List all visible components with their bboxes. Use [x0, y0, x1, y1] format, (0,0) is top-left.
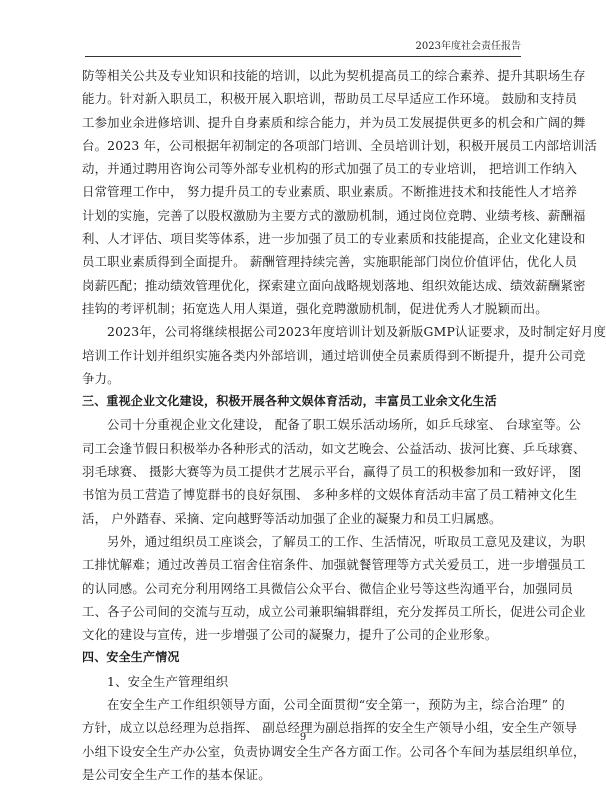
text-line: 在安全生产工作组织领导方面，公司全面贯彻“安全第一，预防为主，综合治理” 的: [82, 693, 524, 716]
text-line: 台。2023 年，公司根据年初制定的各项部门培训、全员培训计划，积极开展员工内部…: [82, 134, 524, 157]
text-line: 能力。针对新入职员工，积极开展入职培训，帮助员工尽早适应工作环境。 鼓励和支持员: [82, 87, 524, 110]
text-line: 文化的建设与宣传，进一步增强了公司的凝聚力，提升了公司的企业形象。: [82, 623, 524, 646]
text-line: 培训工作计划并组织实施各类内外部培训，通过培训使全员素质得到不断提升，提升公司竞: [82, 344, 524, 367]
text-line: 日常管理工作中， 努力提升员工的专业素质、职业素质。不断推进技术和技能性人才培养: [82, 180, 524, 203]
heading-text: 四、安全生产情况: [82, 646, 524, 669]
text-line: 活， 户外踏春、采摘、定向越野等活动加强了企业的凝聚力和员工归属感。: [82, 507, 524, 530]
text-line: 工、各子公司间的交流与互动，成立公司兼职编辑群组，充分发挥员工所长，促进公司企业: [82, 600, 524, 623]
text-line: 利、人才评估、项目奖等体系，进一步加强了员工的专业素质和技能提高，企业文化建设和: [82, 227, 524, 250]
text-line: 防等相关公共及专业知识和技能的培训，以此为契机提高员工的综合素养、提升其职场生存: [82, 64, 524, 87]
section-heading-culture: 三、重视企业文化建设，积极开展各种文娱体育活动，丰富员工业余文化生活: [82, 390, 524, 413]
text-line: 动，并通过聘用咨询公司等外部专业机构的形式加强了员工的专业培训， 把培训工作纳入: [82, 157, 524, 180]
text-line: 另外，通过组织员工座谈会，了解员工的工作、生活情况，听取员工意见及建议，为职: [82, 530, 524, 553]
text-line: 工排忧解难；通过改善员工宿舍住宿条件、加强就餐管理等方式关爱员工，进一步增强员工: [82, 553, 524, 576]
text-line: 岗薪匹配；推动绩效管理优化，探索建立面向战略规划落地、组织效能达成、绩效薪酬紧密: [82, 274, 524, 297]
document-body: 防等相关公共及专业知识和技能的培训，以此为契机提高员工的综合素养、提升其职场生存…: [82, 64, 524, 785]
subheading-safety-org: 1、安全生产管理组织: [82, 670, 524, 693]
section-heading-safety: 四、安全生产情况: [82, 646, 524, 669]
text-line: 羽毛球赛、 摄影大赛等为员工提供才艺展示平台，赢得了员工的积极参加和一致好评， …: [82, 460, 524, 483]
text-line: 计划的实施，完善了以股权激励为主要方式的激励机制，通过岗位竞聘、业绩考核、薪酬福: [82, 204, 524, 227]
paragraph-employee-care: 另外，通过组织员工座谈会，了解员工的工作、生活情况，听取员工意见及建议，为职 工…: [82, 530, 524, 646]
text-line: 是公司安全生产工作的基本保证。: [82, 763, 524, 785]
text-line: 的认同感。公司充分利用网络工具微信公众平台、微信企业号等这些沟通平台，加强同员: [82, 577, 524, 600]
paragraph-culture: 公司十分重视企业文化建设， 配备了职工娱乐活动场所，如乒乓球室、 台球室等。公 …: [82, 413, 524, 529]
text-line: 员工职业素质得到全面提升。 薪酬管理持续完善，实施职能部门岗位价值评估，优化人员: [82, 250, 524, 273]
subheading-text: 1、安全生产管理组织: [82, 670, 524, 693]
paragraph-2023-plan: 2023年，公司将继续根据公司2023年度培训计划及新版GMP认证要求，及时制定…: [82, 320, 524, 390]
paragraph-training: 防等相关公共及专业知识和技能的培训，以此为契机提高员工的综合素养、提升其职场生存…: [82, 64, 524, 320]
page-header: 2023年度社会责任报告: [85, 40, 521, 57]
text-line: 争力。: [82, 367, 524, 390]
report-title: 2023年度社会责任报告: [416, 41, 521, 52]
text-line: 公司十分重视企业文化建设， 配备了职工娱乐活动场所，如乒乓球室、 台球室等。公: [82, 413, 524, 436]
heading-text: 三、重视企业文化建设，积极开展各种文娱体育活动，丰富员工业余文化生活: [82, 390, 524, 413]
text-line: 工参加业余进修培训、提升自身素质和综合能力，并为员工发展提供更多的机会和广阔的舞: [82, 111, 524, 134]
text-line: 2023年，公司将继续根据公司2023年度培训计划及新版GMP认证要求，及时制定…: [82, 320, 524, 343]
text-line: 司工会逢节假日积极举办各种形式的活动，如文艺晚会、公益活动、拔河比赛、乒乓球赛、: [82, 437, 524, 460]
page-number: 9: [0, 732, 606, 743]
text-line: 挂钩的考评机制；拓宽选人用人渠道，强化竞聘激励机制，促进优秀人才脱颖而出。: [82, 297, 524, 320]
text-line: 书馆为员工营造了博览群书的良好氛围、 多种多样的文娱体育活动丰富了员工精神文化生: [82, 483, 524, 506]
text-line: 小组下设安全生产办公室，负责协调安全生产各方面工作。公司各个车间为基层组织单位，: [82, 740, 524, 763]
